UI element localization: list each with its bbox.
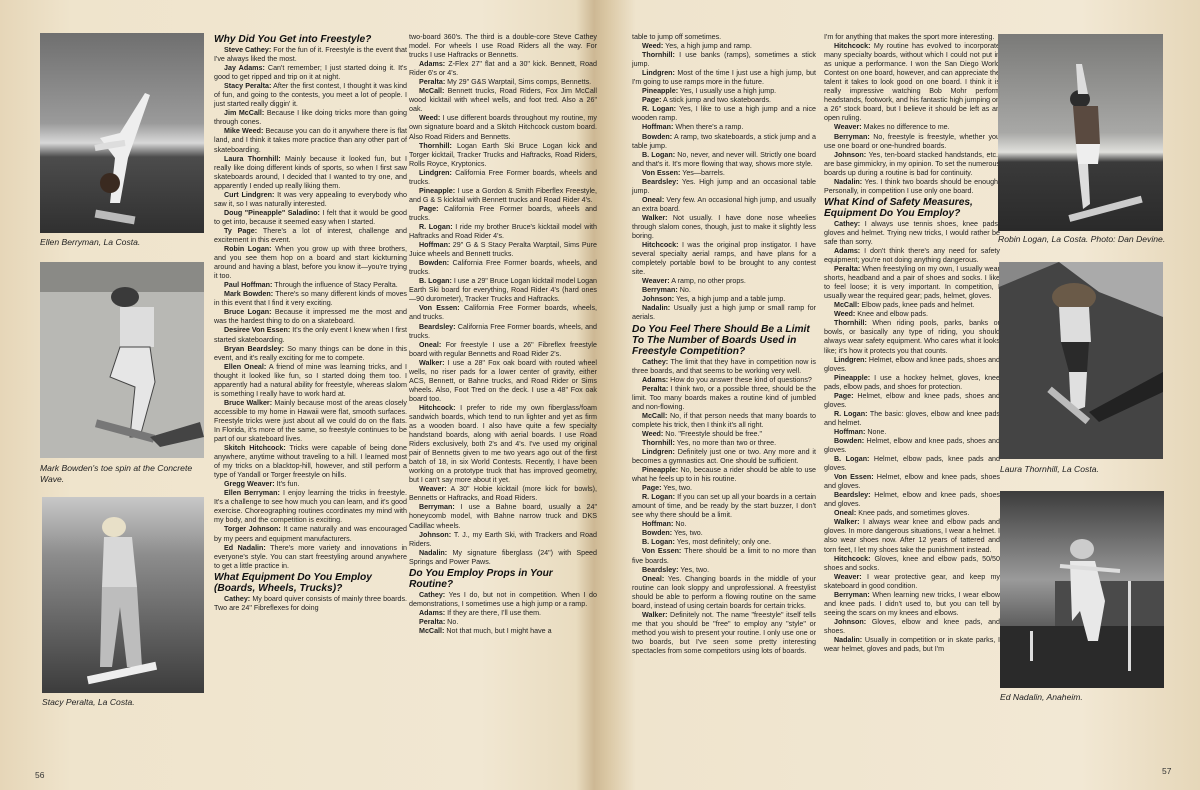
section-heading: What Equipment Do You Employ (Boards, Wh… bbox=[214, 572, 407, 594]
speaker-name: Bowden: bbox=[642, 529, 672, 537]
answer-paragraph: Bowden: California Free Former boards, w… bbox=[409, 259, 597, 277]
answer-paragraph: Mark Bowden: There's so many different k… bbox=[214, 290, 407, 308]
speaker-name: Ellen Berryman: bbox=[224, 489, 280, 497]
answer-paragraph: Johnson: Gloves, elbow and knee pads, an… bbox=[824, 618, 1000, 636]
speaker-name: Cathey: bbox=[224, 595, 250, 603]
photo-stacy-peralta bbox=[42, 497, 204, 693]
speaker-name: Hitchcock: bbox=[419, 404, 456, 412]
speaker-name: Lindgren: bbox=[642, 448, 675, 456]
speaker-name: Nadalin: bbox=[419, 549, 447, 557]
speaker-name: Bowden: bbox=[419, 259, 449, 267]
photo-caption: Laura Thornhill, La Costa. bbox=[1000, 464, 1170, 475]
speaker-name: Page: bbox=[419, 205, 438, 213]
answer-paragraph: Weaver: Makes no difference to me. bbox=[824, 123, 1000, 132]
speaker-name: McCall: bbox=[834, 301, 859, 309]
speaker-name: Oneal: bbox=[642, 196, 664, 204]
speaker-name: Peralta: bbox=[419, 618, 445, 626]
speaker-name: Oneal: bbox=[642, 575, 664, 583]
answer-paragraph: Gregg Weaver: It's fun. bbox=[214, 480, 407, 489]
answer-paragraph: Peralta: I think two, or a possible thre… bbox=[632, 385, 816, 412]
speaker-name: Thornhill: bbox=[419, 142, 452, 150]
answer-paragraph: Beardsley: California Free Former boards… bbox=[409, 323, 597, 341]
answer-paragraph: Hoffman: When there's a ramp. bbox=[632, 123, 816, 132]
speaker-name: Hoffman: bbox=[642, 123, 673, 131]
speaker-name: Jay Adams: bbox=[224, 64, 265, 72]
answer-paragraph: Ed Nadalin: There's more variety and inn… bbox=[214, 544, 407, 571]
answer-paragraph: McCall: Not that much, but I might have … bbox=[409, 627, 597, 636]
section-heading: Do You Feel There Should Be a Limit To T… bbox=[632, 324, 816, 357]
answer-paragraph: R. Logan: The basic: gloves, elbow and k… bbox=[824, 410, 1000, 428]
answer-paragraph: B. Logan: I use a 29" Bruce Logan kickta… bbox=[409, 277, 597, 304]
answer-text: No. bbox=[673, 520, 686, 528]
speaker-name: Thornhill: bbox=[642, 51, 675, 59]
answer-paragraph: Thornhill: I use banks (ramps), sometime… bbox=[632, 51, 816, 69]
answer-text: Yes, two. bbox=[679, 566, 710, 574]
answer-paragraph: Thornhill: When riding pools, parks, ban… bbox=[824, 319, 1000, 355]
answer-paragraph: Doug "Pineapple" Saladino: I felt that i… bbox=[214, 209, 407, 227]
answer-text: Knee pads, and sometimes gloves. bbox=[856, 509, 969, 517]
speaker-name: R. Logan: bbox=[834, 410, 867, 418]
speaker-name: Jim McCall: bbox=[224, 109, 264, 117]
toe-spin-photo-icon bbox=[40, 262, 204, 458]
speaker-name: Oneal: bbox=[419, 341, 441, 349]
answer-paragraph: Skitch Hitchcock: Tricks were capable of… bbox=[214, 444, 407, 480]
answer-paragraph: Bryan Beardsley: So many things can be d… bbox=[214, 345, 407, 363]
answer-paragraph: Page: California Free Former boards, whe… bbox=[409, 205, 597, 223]
answer-paragraph: Hitchcock: Gloves, knee and elbow pads, … bbox=[824, 555, 1000, 573]
speaker-name: Curt Lindgren: bbox=[224, 191, 274, 199]
answer-paragraph: Adams: Z-Flex 27" flat and a 30" kick. B… bbox=[409, 60, 597, 78]
answer-paragraph: Johnson: T. J., my Earth Ski, with Track… bbox=[409, 531, 597, 549]
answer-paragraph: Hitchcock: I prefer to ride my own fiber… bbox=[409, 404, 597, 485]
right-page: table to jump off sometimes. Weed: Yes, … bbox=[602, 0, 1200, 790]
photo-caption: Ed Nadalin, Anaheim. bbox=[1000, 692, 1170, 703]
speaker-name: Thornhill: bbox=[834, 319, 867, 327]
answer-paragraph: Jay Adams: Can't remember; I just starte… bbox=[214, 64, 407, 82]
answer-paragraph: Cathey: I always use tennis shoes, knee … bbox=[824, 220, 1000, 247]
answer-paragraph: B. Logan: No, never, and never will. Str… bbox=[632, 151, 816, 169]
answer-paragraph: Lindgren: Most of the time I just use a … bbox=[632, 69, 816, 87]
stacy-peralta-photo-icon bbox=[42, 497, 204, 693]
speaker-name: B. Logan: bbox=[419, 277, 452, 285]
speaker-name: Page: bbox=[642, 96, 661, 104]
answer-paragraph: Hitchcock: My routine has evolved to inc… bbox=[824, 42, 1000, 123]
speaker-name: Bowden: bbox=[834, 437, 864, 445]
answer-paragraph: Robin Logan: When you grow up with three… bbox=[214, 245, 407, 281]
answer-paragraph: Weed: Knee and elbow pads. bbox=[824, 310, 1000, 319]
speaker-name: B. Logan: bbox=[642, 151, 675, 159]
answer-paragraph: Cathey: My board quiver consists of main… bbox=[214, 595, 407, 613]
answers-list: Hitchcock: My routine has evolved to inc… bbox=[824, 42, 1000, 196]
answer-paragraph: Jim McCall: Because I like doing tricks … bbox=[214, 109, 407, 127]
speaker-name: Cathey: bbox=[642, 358, 668, 366]
speaker-name: Hoffman: bbox=[419, 241, 450, 249]
speaker-name: Von Essen: bbox=[642, 547, 681, 555]
answer-paragraph: Desiree Von Essen: It's the only event I… bbox=[214, 326, 407, 344]
answer-text: If they are there, I'll use them. bbox=[445, 609, 541, 617]
speaker-name: R. Logan: bbox=[419, 223, 453, 231]
speaker-name: Stacy Peralta: bbox=[224, 82, 271, 90]
section-heading: Why Did You Get into Freestyle? bbox=[214, 34, 407, 45]
answer-text: Yes, no more than two or three. bbox=[675, 439, 776, 447]
speaker-name: Beardsley: bbox=[419, 323, 456, 331]
speaker-name: Beardsley: bbox=[642, 566, 679, 574]
answer-text: A ramp, no other props. bbox=[670, 277, 746, 285]
speaker-name: Bruce Walker: bbox=[224, 399, 272, 407]
answer-paragraph: Berryman: No, freestyle is freestyle, wh… bbox=[824, 133, 1000, 151]
answer-paragraph: Weaver: I wear protective gear, and keep… bbox=[824, 573, 1000, 591]
answer-paragraph: Bowden: Yes, two. bbox=[632, 529, 816, 538]
section-heading: What Kind of Safety Measures, Equipment … bbox=[824, 197, 1000, 219]
speaker-name: Lindgren: bbox=[834, 356, 867, 364]
speaker-name: Peralta: bbox=[642, 385, 668, 393]
answer-paragraph: B. Logan: Helmet, elbow pads, knee pads … bbox=[824, 455, 1000, 473]
answer-paragraph: Pineapple: Yes, I usually use a high jum… bbox=[632, 87, 816, 96]
speaker-name: Von Essen: bbox=[642, 169, 680, 177]
photo-ellen-berryman-handstand bbox=[40, 33, 204, 233]
answer-paragraph: Adams: How do you answer these kind of q… bbox=[632, 376, 816, 385]
handstand-photo-icon bbox=[40, 33, 204, 233]
answer-paragraph: Berryman: When learning new tricks, I we… bbox=[824, 591, 1000, 618]
photo-laura-thornhill bbox=[999, 262, 1163, 459]
answer-paragraph: Nadalin: Usually in competition or in sk… bbox=[824, 636, 1000, 654]
answer-text: I prefer to ride my own fiberglass/foam … bbox=[409, 404, 597, 484]
speaker-name: Torger Johnson: bbox=[224, 525, 281, 533]
answer-paragraph: Von Essen: California Free Former boards… bbox=[409, 304, 597, 322]
answer-paragraph: Beardsley: Helmet, elbow and knee pads, … bbox=[824, 491, 1000, 509]
speaker-name: Adams: bbox=[419, 60, 445, 68]
speaker-name: Hitchcock: bbox=[834, 555, 871, 563]
answer-paragraph: Curt Lindgren: It was very appealing to … bbox=[214, 191, 407, 209]
speaker-name: Peralta: bbox=[834, 265, 860, 273]
answer-paragraph: Hoffman: None. bbox=[824, 428, 1000, 437]
answer-paragraph: Nadalin: Usually just a high jump or sma… bbox=[632, 304, 816, 322]
answer-paragraph: Oneal: For freestyle I use a 26" Fibrefl… bbox=[409, 341, 597, 359]
answer-paragraph: Oneal: Very few. An occasional high jump… bbox=[632, 196, 816, 214]
speaker-name: Gregg Weaver: bbox=[224, 480, 275, 488]
speaker-name: Cathey: bbox=[834, 220, 860, 228]
answers-list: Cathey: I always use tennis shoes, knee … bbox=[824, 220, 1000, 654]
answer-paragraph: Walker: I use a 28" Fox oak board with r… bbox=[409, 359, 597, 404]
photo-caption: Ellen Berryman, La Costa. bbox=[40, 237, 205, 248]
answer-text: Knee and elbow pads. bbox=[855, 310, 928, 318]
speaker-name: Thornhill: bbox=[642, 439, 675, 447]
answer-paragraph: Cathey: The limit that they have in comp… bbox=[632, 358, 816, 376]
answer-paragraph: Von Essen: There should be a limit to no… bbox=[632, 547, 816, 565]
speaker-name: Lindgren: bbox=[419, 169, 452, 177]
answer-paragraph: Paul Hoffman: Through the influence of S… bbox=[214, 281, 407, 290]
answer-paragraph: Thornhill: Yes, no more than two or thre… bbox=[632, 439, 816, 448]
answers-list: Cathey: Yes I do, but not in competition… bbox=[409, 591, 597, 636]
speaker-name: Johnson: bbox=[642, 295, 674, 303]
answer-text: A stick jump and two skateboards. bbox=[661, 96, 771, 104]
speaker-name: Ellen Oneal: bbox=[224, 363, 266, 371]
article-column-2: two-board 360's. The third is a double-c… bbox=[409, 33, 597, 636]
answer-paragraph: Hoffman: 29" G & S Stacy Peralta Warptai… bbox=[409, 241, 597, 259]
speaker-name: Berryman: bbox=[834, 591, 870, 599]
speaker-name: Adams: bbox=[642, 376, 668, 384]
speaker-name: Hitchcock: bbox=[834, 42, 871, 50]
answer-paragraph: Weaver: A 30" Hobie kicktail (more kick … bbox=[409, 485, 597, 503]
answer-paragraph: Bowden: A ramp, two skateboards, a stick… bbox=[632, 133, 816, 151]
speaker-name: Weaver: bbox=[419, 485, 447, 493]
answer-paragraph: B. Logan: Yes, most definitely; only one… bbox=[632, 538, 816, 547]
answer-text: Yes, two. bbox=[661, 484, 692, 492]
answer-paragraph: Torger Johnson: It came naturally and wa… bbox=[214, 525, 407, 543]
answers-list: Adams: Z-Flex 27" flat and a 30" kick. B… bbox=[409, 60, 597, 567]
answer-paragraph: Johnson: Yes, ten-board stacked handstan… bbox=[824, 151, 1000, 178]
answer-paragraph: Mike Weed: Because you can do it anywher… bbox=[214, 127, 407, 154]
answer-paragraph: Walker: I always wear knee and elbow pad… bbox=[824, 518, 1000, 554]
answer-paragraph: Bowden: Helmet, elbow and knee pads, sho… bbox=[824, 437, 1000, 455]
answer-paragraph: Lindgren: California Free Former boards,… bbox=[409, 169, 597, 187]
speaker-name: Weed: bbox=[642, 42, 663, 50]
speaker-name: Walker: bbox=[834, 518, 860, 526]
answer-paragraph: Lindgren: Definitely just one or two. An… bbox=[632, 448, 816, 466]
answers-list: Cathey: The limit that they have in comp… bbox=[632, 358, 816, 657]
answer-paragraph: Nadalin: Yes. I think two boards should … bbox=[824, 178, 1000, 196]
answer-paragraph: Walker: Definitely not. The name "freest… bbox=[632, 611, 816, 656]
continued-text: I'm for anything that makes the sport mo… bbox=[824, 33, 1000, 42]
magazine-spread: Ellen Berryman, La Costa. Mark Bowden's … bbox=[0, 0, 1200, 790]
answer-paragraph: Johnson: Yes, a high jump and a table ju… bbox=[632, 295, 816, 304]
speaker-name: Weed: bbox=[419, 114, 440, 122]
speaker-name: Peralta: bbox=[419, 78, 445, 86]
speaker-name: Nadalin: bbox=[834, 636, 862, 644]
answer-text: None. bbox=[865, 428, 886, 436]
answer-text: Makes no difference to me. bbox=[862, 123, 950, 131]
answer-text: Yes, a high jump and ramp. bbox=[663, 42, 752, 50]
answer-text: No. "Freestyle should be free." bbox=[663, 430, 762, 438]
speaker-name: Von Essen: bbox=[419, 304, 460, 312]
speaker-name: Nadalin: bbox=[834, 178, 862, 186]
answers-list: Cathey: My board quiver consists of main… bbox=[214, 595, 407, 613]
speaker-name: Weaver: bbox=[834, 573, 862, 581]
speaker-name: Doug "Pineapple" Saladino: bbox=[224, 209, 320, 217]
answer-paragraph: Berryman: No. bbox=[632, 286, 816, 295]
speaker-name: Walker: bbox=[642, 214, 668, 222]
speaker-name: Page: bbox=[642, 484, 661, 492]
answer-paragraph: Pineapple: No, because a rider should be… bbox=[632, 466, 816, 484]
speaker-name: McCall: bbox=[642, 412, 667, 420]
answer-paragraph: Ty Page: There's a lot of interest, chal… bbox=[214, 227, 407, 245]
photo-caption: Robin Logan, La Costa. Photo: Dan Devine… bbox=[998, 234, 1168, 245]
answer-paragraph: Bruce Walker: Mainly because most of the… bbox=[214, 399, 407, 444]
speaker-name: Pineapple: bbox=[642, 87, 678, 95]
answer-text: Yes—barrels. bbox=[680, 169, 724, 177]
answer-paragraph: Laura Thornhill: Mainly because it looke… bbox=[214, 155, 407, 191]
answer-paragraph: Ellen Berryman: I enjoy learning the tri… bbox=[214, 489, 407, 525]
article-column-3: table to jump off sometimes. Weed: Yes, … bbox=[632, 33, 816, 656]
answer-paragraph: Pineapple: I use a hockey helmet, gloves… bbox=[824, 374, 1000, 392]
answer-text: Through the influence of Stacy Peralta. bbox=[272, 281, 397, 289]
speaker-name: Walker: bbox=[642, 611, 668, 619]
answer-paragraph: Adams: I don't think there's any need fo… bbox=[824, 247, 1000, 265]
answer-text: When there's a ramp. bbox=[673, 123, 743, 131]
answer-paragraph: Adams: If they are there, I'll use them. bbox=[409, 609, 597, 618]
speaker-name: B. Logan: bbox=[642, 538, 675, 546]
speaker-name: Pineapple: bbox=[419, 187, 455, 195]
answer-paragraph: Page: A stick jump and two skateboards. bbox=[632, 96, 816, 105]
article-column-4: I'm for anything that makes the sport mo… bbox=[824, 33, 1000, 654]
answer-text: Not that much, but I might have a bbox=[444, 627, 551, 635]
answer-paragraph: Walker: Not usually. I have done nose wh… bbox=[632, 214, 816, 241]
speaker-name: Lindgren: bbox=[642, 69, 675, 77]
answer-paragraph: R. Logan: If you can set up all your boa… bbox=[632, 493, 816, 520]
speaker-name: Robin Logan: bbox=[224, 245, 272, 253]
answer-paragraph: McCall: Bennett trucks, Road Riders, Fox… bbox=[409, 87, 597, 114]
answer-paragraph: Stacy Peralta: After the first contest, … bbox=[214, 82, 407, 109]
speaker-name: Johnson: bbox=[419, 531, 451, 539]
speaker-name: Bowden: bbox=[642, 133, 672, 141]
photo-mark-bowden-toe-spin bbox=[40, 262, 204, 458]
answer-paragraph: Beardsley: Yes, two. bbox=[632, 566, 816, 575]
robin-logan-photo-icon bbox=[998, 34, 1163, 231]
answer-text: Yes, I usually use a high jump. bbox=[678, 87, 776, 95]
page-number: 57 bbox=[1162, 766, 1171, 776]
speaker-name: R. Logan: bbox=[642, 105, 676, 113]
answer-paragraph: Peralta: When freestyling on my own, I u… bbox=[824, 265, 1000, 301]
speaker-name: Beardsley: bbox=[834, 491, 871, 499]
speaker-name: Laura Thornhill: bbox=[224, 155, 281, 163]
answer-text: My 29" G&S Warptail, Sims comps, Bennett… bbox=[445, 78, 591, 86]
answer-paragraph: R. Logan: Yes, I like to use a high jump… bbox=[632, 105, 816, 123]
speaker-name: Adams: bbox=[834, 247, 860, 255]
answers-list: Weed: Yes, a high jump and ramp.Thornhil… bbox=[632, 42, 816, 322]
speaker-name: Bryan Beardsley: bbox=[224, 345, 284, 353]
speaker-name: Ty Page: bbox=[224, 227, 257, 235]
continued-text: two-board 360's. The third is a double-c… bbox=[409, 33, 597, 60]
answer-text: No. bbox=[678, 286, 691, 294]
speaker-name: McCall: bbox=[419, 87, 444, 95]
section-heading: Do You Employ Props in Your Routine? bbox=[409, 568, 597, 590]
answer-paragraph: Lindgren: Helmet, elbow and knee pads, s… bbox=[824, 356, 1000, 374]
speaker-name: Steve Cathey: bbox=[224, 46, 271, 54]
answer-text: My routine has evolved to incorporate ma… bbox=[824, 42, 1000, 122]
speaker-name: Hoffman: bbox=[834, 428, 865, 436]
photo-caption: Stacy Peralta, La Costa. bbox=[42, 697, 207, 708]
answer-text: Yes, most definitely; only one. bbox=[675, 538, 771, 546]
answers-list: Steve Cathey: For the fun of it. Freesty… bbox=[214, 46, 407, 571]
answer-paragraph: Bruce Logan: Because it impressed me the… bbox=[214, 308, 407, 326]
speaker-name: Beardsley: bbox=[642, 178, 679, 186]
page-number: 56 bbox=[35, 770, 44, 780]
speaker-name: Page: bbox=[834, 392, 853, 400]
answer-paragraph: Nadalin: My signature fiberglass (24") w… bbox=[409, 549, 597, 567]
answer-paragraph: Hitchcock: I was the original prop insti… bbox=[632, 241, 816, 277]
answer-text: It's fun. bbox=[275, 480, 300, 488]
speaker-name: Pineapple: bbox=[642, 466, 678, 474]
speaker-name: Hitchcock: bbox=[642, 241, 679, 249]
answer-paragraph: Oneal: Yes. Changing boards in the middl… bbox=[632, 575, 816, 611]
answer-text: How do you answer these kind of question… bbox=[668, 376, 812, 384]
photo-robin-logan bbox=[998, 34, 1163, 231]
answer-text: Elbow pads, knee pads and helmet. bbox=[859, 301, 974, 309]
answer-paragraph: Peralta: No. bbox=[409, 618, 597, 627]
answer-paragraph: Berryman: I use a Bahne board, usually a… bbox=[409, 503, 597, 530]
answer-paragraph: McCall: No, if that person needs that ma… bbox=[632, 412, 816, 430]
answer-paragraph: Weaver: A ramp, no other props. bbox=[632, 277, 816, 286]
answer-text: Yes, a high jump and a table jump. bbox=[674, 295, 785, 303]
answer-paragraph: Thornhill: Logan Earth Ski Bruce Logan k… bbox=[409, 142, 597, 169]
speaker-name: Cathey: bbox=[419, 591, 445, 599]
photo-caption: Mark Bowden's toe spin at the Concrete W… bbox=[40, 463, 205, 485]
speaker-name: Mark Bowden: bbox=[224, 290, 273, 298]
speaker-name: Adams: bbox=[419, 609, 445, 617]
answer-paragraph: Cathey: Yes I do, but not in competition… bbox=[409, 591, 597, 609]
speaker-name: Mike Weed: bbox=[224, 127, 263, 135]
answer-paragraph: Weed: I use different boards throughout … bbox=[409, 114, 597, 141]
speaker-name: McCall: bbox=[419, 627, 444, 635]
answer-text: No. bbox=[445, 618, 458, 626]
answer-paragraph: McCall: Elbow pads, knee pads and helmet… bbox=[824, 301, 1000, 310]
speaker-name: R. Logan: bbox=[642, 493, 675, 501]
answer-paragraph: Von Essen: Yes—barrels. bbox=[632, 169, 816, 178]
answer-text: California Free Former boards, wheels an… bbox=[409, 205, 597, 222]
speaker-name: Oneal: bbox=[834, 509, 856, 517]
speaker-name: Berryman: bbox=[419, 503, 455, 511]
photo-ed-nadalin bbox=[1000, 491, 1164, 688]
speaker-name: Hoffman: bbox=[642, 520, 673, 528]
speaker-name: Ed Nadalin: bbox=[224, 544, 266, 552]
speaker-name: Weed: bbox=[834, 310, 855, 318]
answer-paragraph: R. Logan: I ride my brother Bruce's kick… bbox=[409, 223, 597, 241]
speaker-name: Skitch Hitchcock: bbox=[224, 444, 286, 452]
answer-paragraph: Page: Yes, two. bbox=[632, 484, 816, 493]
answer-paragraph: Oneal: Knee pads, and sometimes gloves. bbox=[824, 509, 1000, 518]
speaker-name: Walker: bbox=[419, 359, 445, 367]
answer-paragraph: Beardsley: Yes. High jump and an occasio… bbox=[632, 178, 816, 196]
speaker-name: Berryman: bbox=[642, 286, 678, 294]
continued-text: table to jump off sometimes. bbox=[632, 33, 816, 42]
speaker-name: Nadalin: bbox=[642, 304, 670, 312]
speaker-name: Weaver: bbox=[642, 277, 670, 285]
laura-thornhill-photo-icon bbox=[999, 262, 1163, 459]
answer-paragraph: Pineapple: I use a Gordon & Smith Fiberf… bbox=[409, 187, 597, 205]
answer-text: Yes, two. bbox=[672, 529, 703, 537]
speaker-name: Desiree Von Essen: bbox=[224, 326, 290, 334]
answer-paragraph: Peralta: My 29" G&S Warptail, Sims comps… bbox=[409, 78, 597, 87]
answer-paragraph: Weed: No. "Freestyle should be free." bbox=[632, 430, 816, 439]
answer-paragraph: Von Essen: Helmet, elbow and knee pads, … bbox=[824, 473, 1000, 491]
speaker-name: Pineapple: bbox=[834, 374, 870, 382]
speaker-name: Weaver: bbox=[834, 123, 862, 131]
speaker-name: Johnson: bbox=[834, 618, 866, 626]
speaker-name: Bruce Logan: bbox=[224, 308, 271, 316]
answer-paragraph: Page: Helmet, elbow and knee pads, shoes… bbox=[824, 392, 1000, 410]
answer-paragraph: Ellen Oneal: A friend of mine was learni… bbox=[214, 363, 407, 399]
answer-paragraph: Steve Cathey: For the fun of it. Freesty… bbox=[214, 46, 407, 64]
speaker-name: Weed: bbox=[642, 430, 663, 438]
article-column-1: Why Did You Get into Freestyle? Steve Ca… bbox=[214, 33, 407, 613]
speaker-name: Berryman: bbox=[834, 133, 870, 141]
answer-paragraph: Weed: Yes, a high jump and ramp. bbox=[632, 42, 816, 51]
speaker-name: B. Logan: bbox=[834, 455, 869, 463]
left-page: Ellen Berryman, La Costa. Mark Bowden's … bbox=[0, 0, 598, 790]
speaker-name: Von Essen: bbox=[834, 473, 874, 481]
speaker-name: Johnson: bbox=[834, 151, 866, 159]
speaker-name: Paul Hoffman: bbox=[224, 281, 272, 289]
ed-nadalin-photo-icon bbox=[1000, 491, 1164, 688]
answer-paragraph: Hoffman: No. bbox=[632, 520, 816, 529]
